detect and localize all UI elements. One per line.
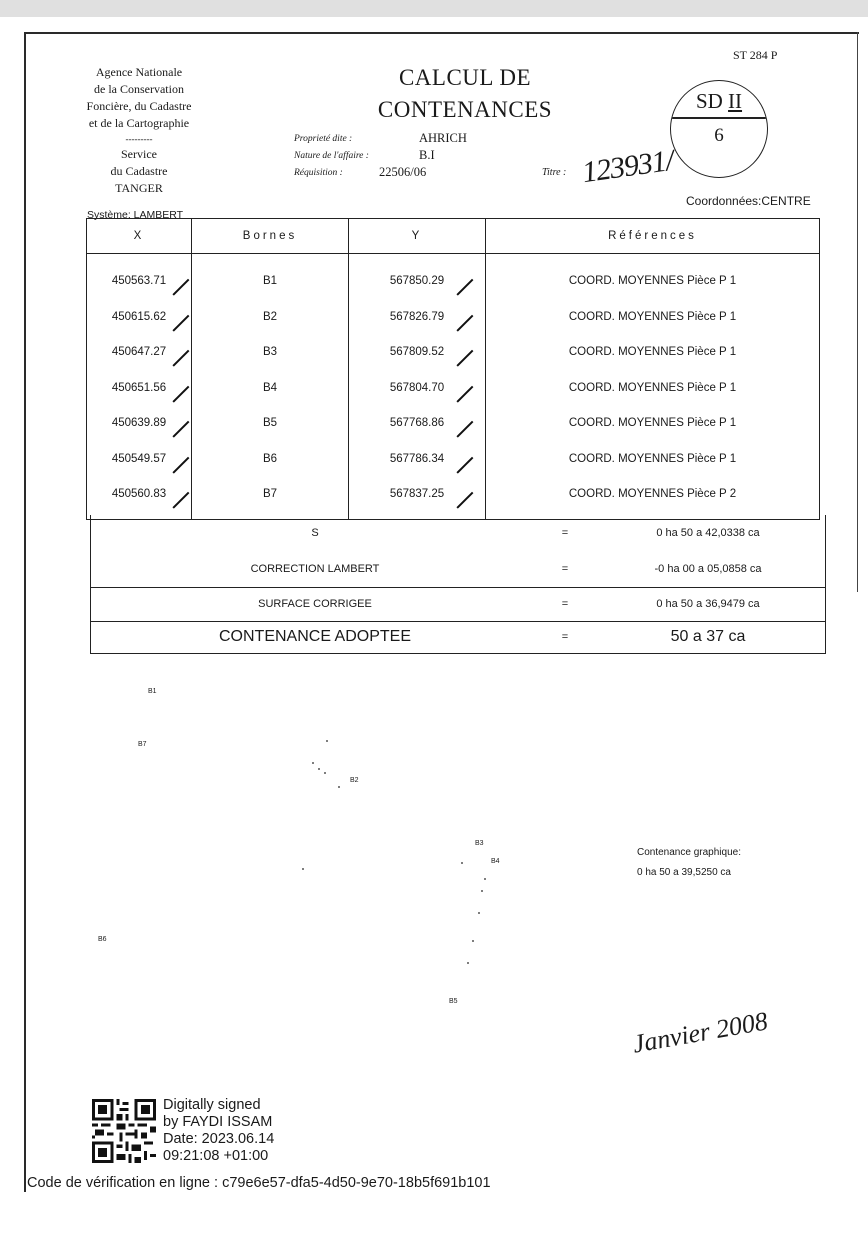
table-cell-borne: B1 xyxy=(192,264,348,300)
col-header-y: Y xyxy=(349,219,486,254)
summary-eq: = xyxy=(540,515,590,551)
table-cell-borne: B5 xyxy=(192,406,348,442)
verification-code: Code de vérification en ligne : c79e6e57… xyxy=(27,1175,491,1191)
titre-handwritten-value: 123931/ xyxy=(580,144,675,190)
page-border-right xyxy=(857,32,858,592)
field-label: Proprieté dite : xyxy=(294,134,352,144)
check-mark-icon xyxy=(172,279,189,296)
table-cell-y: 567804.70 xyxy=(349,371,485,407)
dsig-line: Date: 2023.06.14 xyxy=(163,1131,274,1148)
summary-eq: = xyxy=(540,621,590,653)
contenance-graphique-label: Contenance graphique: xyxy=(637,843,741,863)
property-fields: Proprieté dite :AHRICH Nature de l'affai… xyxy=(294,133,369,184)
plan-label-b1: B1 xyxy=(148,688,157,695)
summary-value: 0 ha 50 a 36,9479 ca xyxy=(590,587,826,621)
x-column: 450563.71450615.62450647.27450651.564506… xyxy=(87,254,192,520)
field-label: Nature de l'affaire : xyxy=(294,151,369,161)
agency-line: et de la Cartographie xyxy=(64,115,214,132)
summary-row-contenance: CONTENANCE ADOPTEE = 50 a 37 ca xyxy=(90,621,826,653)
table-cell-borne: B7 xyxy=(192,477,348,513)
agency-line: du Cadastre xyxy=(64,163,214,180)
table-cell-ref: COORD. MOYENNES Pièce P 1 xyxy=(486,371,819,407)
stamp-divider xyxy=(671,117,767,119)
page-border-left xyxy=(24,32,26,1192)
col-header-bornes: Bornes xyxy=(192,219,349,254)
table-cell-ref: COORD. MOYENNES Pièce P 1 xyxy=(486,335,819,371)
table-cell-y: 567786.34 xyxy=(349,442,485,478)
agency-line: Foncière, du Cadastre xyxy=(64,98,214,115)
check-mark-icon xyxy=(172,314,189,331)
summary-label: SURFACE CORRIGEE xyxy=(90,587,540,621)
table-cell-x: 450647.27 xyxy=(87,335,191,371)
agency-line: Agence Nationale xyxy=(64,64,214,81)
stamp-top: SD II xyxy=(671,89,767,114)
plan-label-b6: B6 xyxy=(98,936,107,943)
table-cell-y: 567826.79 xyxy=(349,300,485,336)
summary-eq: = xyxy=(540,551,590,587)
field-value: 22506/06 xyxy=(379,165,426,180)
table-cell-y: 567837.25 xyxy=(349,477,485,513)
coordinates-table: X Bornes Y Références 450563.71450615.62… xyxy=(86,218,820,520)
table-cell-y: 567809.52 xyxy=(349,335,485,371)
table-cell-x: 450651.56 xyxy=(87,371,191,407)
agency-line: de la Conservation xyxy=(64,81,214,98)
agency-line: TANGER xyxy=(64,180,214,197)
stamp-circle: SD II 6 xyxy=(670,80,768,178)
table-body: 450563.71450615.62450647.27450651.564506… xyxy=(87,254,820,520)
viewer-top-bar xyxy=(0,0,868,17)
table-cell-borne: B4 xyxy=(192,371,348,407)
stamp-bottom: 6 xyxy=(671,125,767,147)
plan-label-b7: B7 xyxy=(138,741,147,748)
table-cell-y: 567768.86 xyxy=(349,406,485,442)
agency-block: Agence Nationale de la Conservation Fonc… xyxy=(64,64,214,197)
summary-table: S = 0 ha 50 a 42,0338 ca CORRECTION LAMB… xyxy=(90,515,826,653)
plan-label-b5: B5 xyxy=(449,998,458,1005)
titre-label: Titre : xyxy=(542,167,566,178)
dsig-line: Digitally signed xyxy=(163,1097,274,1114)
table-cell-ref: COORD. MOYENNES Pièce P 2 xyxy=(486,477,819,513)
table-header-row: X Bornes Y Références xyxy=(87,219,820,254)
check-mark-icon xyxy=(456,314,473,331)
table-cell-ref: COORD. MOYENNES Pièce P 1 xyxy=(486,406,819,442)
field-value: AHRICH xyxy=(419,131,467,146)
summary-row-surface: SURFACE CORRIGEE = 0 ha 50 a 36,9479 ca xyxy=(90,587,826,621)
field-nature: Nature de l'affaire :B.I xyxy=(294,150,369,167)
agency-separator: --------- xyxy=(64,132,214,146)
summary-row-s: S = 0 ha 50 a 42,0338 ca xyxy=(90,515,826,551)
contenance-graphique: Contenance graphique: 0 ha 50 a 39,5250 … xyxy=(637,843,741,883)
table-cell-borne: B3 xyxy=(192,335,348,371)
field-requisition: Réquisition :22506/06 xyxy=(294,167,369,184)
dsig-line: by FAYDI ISSAM xyxy=(163,1114,274,1131)
check-mark-icon xyxy=(456,492,473,509)
field-label: Réquisition : xyxy=(294,168,343,178)
digital-signature-text: Digitally signed by FAYDI ISSAM Date: 20… xyxy=(163,1097,274,1165)
check-mark-icon xyxy=(172,385,189,402)
summary-row-correction: CORRECTION LAMBERT = -0 ha 00 a 05,0858 … xyxy=(90,551,826,587)
summary-eq: = xyxy=(540,587,590,621)
check-mark-icon xyxy=(456,350,473,367)
title-line-1: CALCUL DE xyxy=(340,62,590,94)
check-mark-icon xyxy=(456,421,473,438)
check-mark-icon xyxy=(172,456,189,473)
y-column: 567850.29567826.79567809.52567804.705677… xyxy=(349,254,486,520)
check-mark-icon xyxy=(456,456,473,473)
stamp-roman: II xyxy=(728,89,742,113)
table-cell-ref: COORD. MOYENNES Pièce P 1 xyxy=(486,264,819,300)
check-mark-icon xyxy=(172,492,189,509)
bornes-column: B1B2B3B4B5B6B7 xyxy=(192,254,349,520)
stamp-sd: SD xyxy=(696,89,723,113)
check-mark-icon xyxy=(172,421,189,438)
col-header-x: X xyxy=(87,219,192,254)
summary-value: 50 a 37 ca xyxy=(590,621,826,653)
table-cell-borne: B6 xyxy=(192,442,348,478)
title-line-2: CONTENANCES xyxy=(340,94,590,126)
table-cell-x: 450549.57 xyxy=(87,442,191,478)
plan-label-b4: B4 xyxy=(491,858,500,865)
check-mark-icon xyxy=(172,350,189,367)
table-cell-x: 450639.89 xyxy=(87,406,191,442)
summary-value: -0 ha 00 a 05,0858 ca xyxy=(590,551,826,587)
contenance-graphique-value: 0 ha 50 a 39,5250 ca xyxy=(637,863,741,883)
summary-label: S xyxy=(90,515,540,551)
qr-code-icon xyxy=(92,1099,156,1163)
table-cell-ref: COORD. MOYENNES Pièce P 1 xyxy=(486,300,819,336)
coordonnees-label: Coordonnées:CENTRE xyxy=(686,194,811,208)
agency-line: Service xyxy=(64,146,214,163)
summary-label: CORRECTION LAMBERT xyxy=(90,551,540,587)
form-code: ST 284 P xyxy=(733,48,777,63)
table-cell-x: 450615.62 xyxy=(87,300,191,336)
check-mark-icon xyxy=(456,385,473,402)
page-border-top xyxy=(25,32,859,34)
handwritten-date-signature: Janvier 2008 xyxy=(630,1006,770,1059)
summary-value: 0 ha 50 a 42,0338 ca xyxy=(590,515,826,551)
table-cell-borne: B2 xyxy=(192,300,348,336)
dsig-line: 09:21:08 +01:00 xyxy=(163,1148,274,1165)
summary-label: CONTENANCE ADOPTEE xyxy=(90,621,540,653)
table-cell-x: 450560.83 xyxy=(87,477,191,513)
plan-label-b3: B3 xyxy=(475,840,484,847)
references-column: COORD. MOYENNES Pièce P 1COORD. MOYENNES… xyxy=(486,254,820,520)
check-mark-icon xyxy=(456,279,473,296)
document-title: CALCUL DE CONTENANCES xyxy=(340,62,590,126)
col-header-references: Références xyxy=(486,219,820,254)
table-cell-x: 450563.71 xyxy=(87,264,191,300)
field-value: B.I xyxy=(419,148,435,163)
plan-label-b2: B2 xyxy=(350,777,359,784)
table-cell-ref: COORD. MOYENNES Pièce P 1 xyxy=(486,442,819,478)
table-cell-y: 567850.29 xyxy=(349,264,485,300)
field-propriete: Proprieté dite :AHRICH xyxy=(294,133,369,150)
